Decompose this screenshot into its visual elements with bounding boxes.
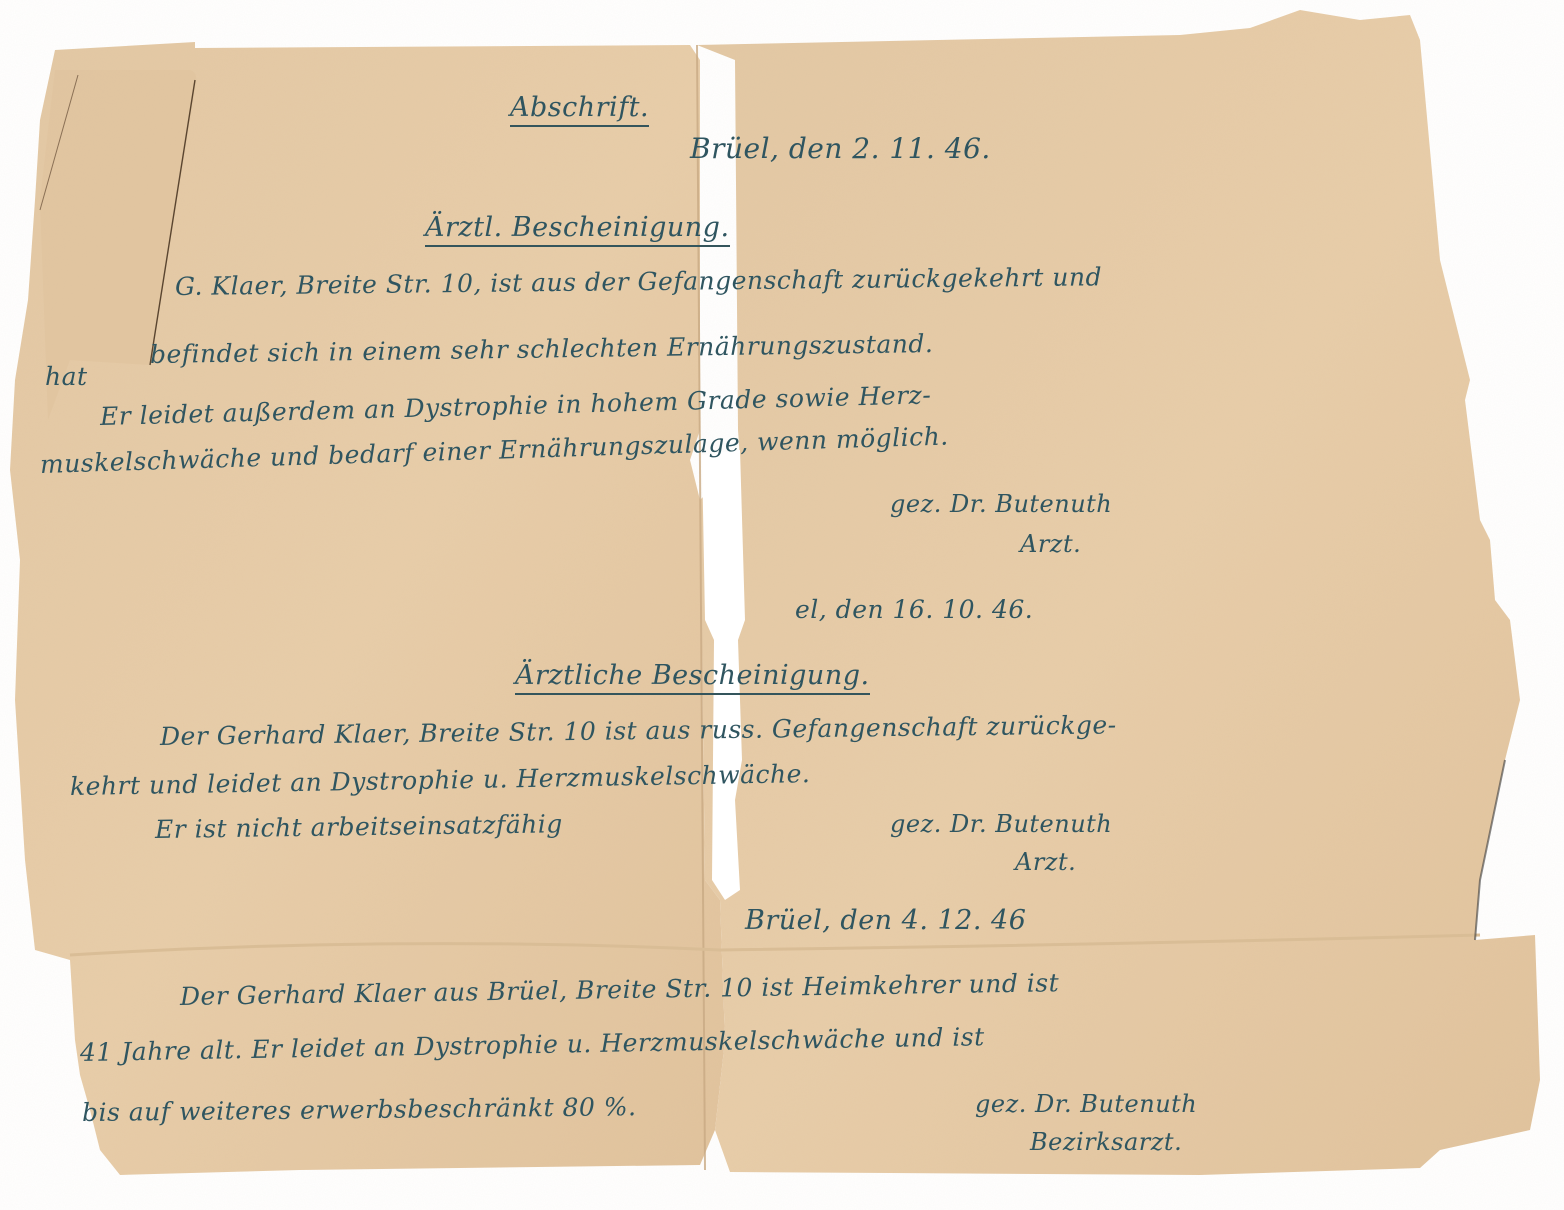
signature: gez. Dr. Butenuth [890, 810, 1112, 838]
signature: gez. Dr. Butenuth [890, 490, 1112, 518]
body-line: bis auf weiteres erwerbsbeschränkt 80 %. [82, 1092, 637, 1127]
body-line: Er ist nicht arbeitseinsatzfähig [155, 809, 563, 844]
place-date: Brüel, den 4. 12. 46 [745, 905, 1026, 936]
margin-fragment: hat [45, 362, 88, 391]
signature: gez. Dr. Butenuth [975, 1090, 1197, 1118]
signer-role: Bezirksarzt. [1030, 1128, 1182, 1156]
document-heading: Abschrift. [510, 92, 649, 127]
certificate-title: Ärztl. Bescheinigung. [425, 212, 730, 247]
certificate-title: Ärztliche Bescheinigung. [515, 660, 870, 695]
place-date: el, den 16. 10. 46. [795, 595, 1033, 624]
place-date: Brüel, den 2. 11. 46. [690, 132, 991, 165]
signer-role: Arzt. [1020, 530, 1081, 558]
signer-role: Arzt. [1015, 848, 1076, 876]
